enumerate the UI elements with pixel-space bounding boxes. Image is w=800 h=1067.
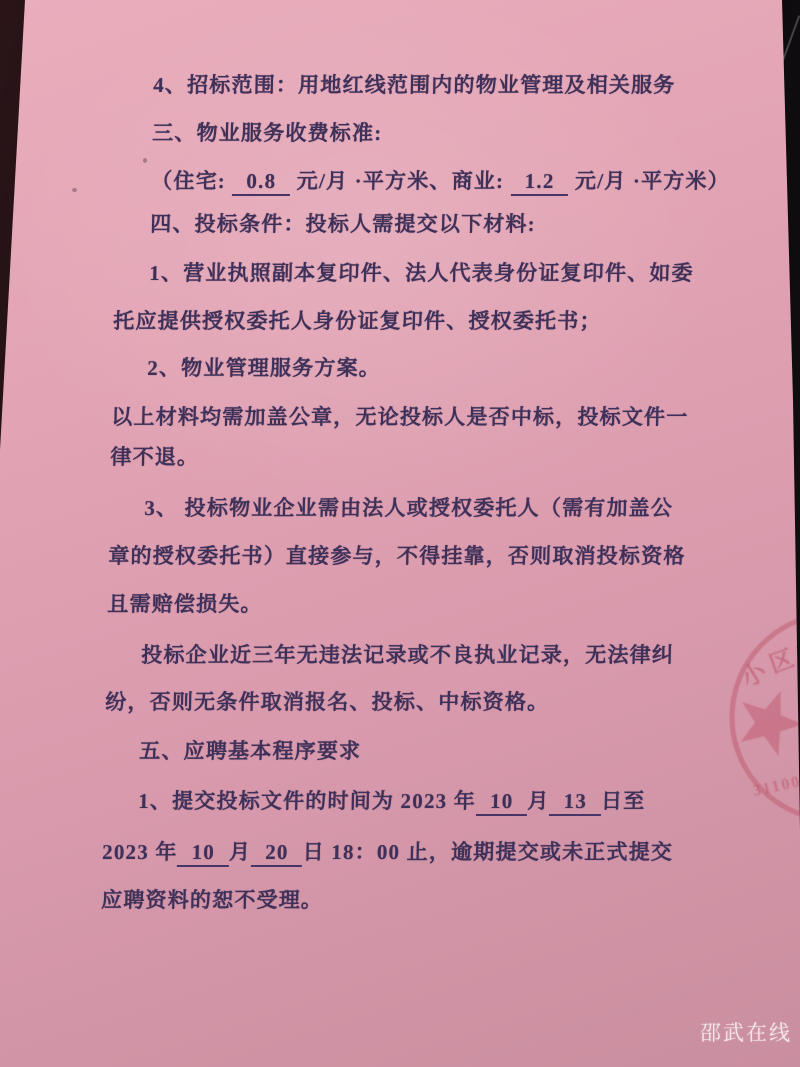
document-line: 且需赔偿损失。 — [107, 591, 263, 617]
filled-blank: 20 — [251, 840, 303, 867]
document-line: 章的授权委托书）直接参与，不得挂靠，否则取消投标资格 — [108, 543, 686, 569]
line-text: 三、物业服务收费标准: — [152, 121, 383, 145]
document-line: 2、物业管理服务方案。 — [147, 355, 381, 381]
line-text: 纷，否则无条件取消报名、投标、中标资格。 — [105, 690, 550, 714]
line-text: 律不退。 — [110, 445, 199, 469]
filled-blank: 10 — [177, 840, 229, 867]
line-text: 1、营业执照副本复印件、法人代表身份证复印件、如委 — [149, 261, 694, 285]
line-text: 2、物业管理服务方案。 — [147, 356, 381, 380]
document-line: 托应提供授权委托人身份证复印件、授权委托书； — [113, 308, 602, 334]
stamp-arc-char: 区 — [766, 645, 798, 679]
line-text: 投标企业近三年无违法记录或不良执业记录，无法律纠 — [141, 643, 674, 667]
line-text: 元/月 ·平方米） — [568, 169, 730, 193]
line-text: 月 — [527, 789, 550, 813]
document-line: 应聘资料的恕不受理。 — [101, 887, 324, 913]
document-text: 4、招标范围：用地红线范围内的物业管理及相关服务三、物业服务收费标准:（住宅: … — [0, 0, 800, 1067]
document-line: 四、投标条件：投标人需提交以下材料: — [150, 211, 536, 237]
stamp-star-icon — [741, 691, 800, 756]
document-line: 4、招标范围：用地红线范围内的物业管理及相关服务 — [153, 72, 676, 98]
line-text: 元/月 ·平方米、商业: — [290, 169, 511, 193]
document-line: 五、应聘基本程序要求 — [139, 738, 362, 764]
document-line: 三、物业服务收费标准: — [152, 120, 383, 146]
line-text: 日至 — [601, 789, 646, 813]
document-line: 1、营业执照副本复印件、法人代表身份证复印件、如委 — [149, 260, 694, 286]
line-text: 以上材料均需加盖公章，无论投标人是否中标，投标文件一 — [111, 405, 689, 429]
line-text: 日 18：00 止，逾期提交或未正式提交 — [302, 840, 673, 864]
document-line: 2023 年10月20日 18：00 止，逾期提交或未正式提交 — [102, 839, 674, 865]
official-stamp-icon: 小 区 业 311007 — [680, 590, 800, 840]
line-text: 章的授权委托书）直接参与，不得挂靠，否则取消投标资格 — [108, 544, 686, 568]
line-text: 托应提供授权委托人身份证复印件、授权委托书； — [113, 309, 602, 333]
line-text: （住宅: — [151, 169, 233, 193]
paper-document: 4、招标范围：用地红线范围内的物业管理及相关服务三、物业服务收费标准:（住宅: … — [0, 0, 800, 1067]
document-line: 3、 投标物业企业需由法人或授权委托人（需有加盖公 — [144, 495, 673, 521]
paper-speck — [72, 188, 77, 192]
stamp-serial: 311007 — [751, 771, 800, 800]
line-text: 1、提交投标文件的时间为 2023 年 — [138, 789, 476, 813]
line-text: 3、 投标物业企业需由法人或授权委托人（需有加盖公 — [144, 496, 673, 520]
document-line: 投标企业近三年无违法记录或不良执业记录，无法律纠 — [141, 642, 674, 668]
document-line: 纷，否则无条件取消报名、投标、中标资格。 — [105, 689, 550, 715]
document-line: 以上材料均需加盖公章，无论投标人是否中标，投标文件一 — [111, 404, 689, 430]
filled-blank: 13 — [549, 789, 601, 816]
line-text: 2023 年 — [102, 840, 178, 864]
watermark: 邵武在线 — [700, 1017, 792, 1047]
document-line: 律不退。 — [110, 444, 199, 470]
filled-blank: 0.8 — [232, 169, 290, 196]
document-line: 1、提交投标文件的时间为 2023 年10月13日至 — [138, 788, 646, 814]
line-text: 四、投标条件：投标人需提交以下材料: — [150, 212, 536, 236]
line-text: 且需赔偿损失。 — [107, 592, 263, 616]
filled-blank: 10 — [476, 789, 528, 816]
line-text: 五、应聘基本程序要求 — [139, 739, 362, 763]
line-text: 4、招标范围：用地红线范围内的物业管理及相关服务 — [153, 73, 676, 97]
line-text: 月 — [229, 840, 252, 864]
document-line: （住宅: 0.8 元/月 ·平方米、商业: 1.2 元/月 ·平方米） — [151, 168, 730, 194]
stamp-arc-char: 小 — [737, 657, 773, 693]
filled-blank: 1.2 — [510, 169, 568, 196]
line-text: 应聘资料的恕不受理。 — [101, 888, 324, 912]
paper-speck — [143, 158, 147, 163]
